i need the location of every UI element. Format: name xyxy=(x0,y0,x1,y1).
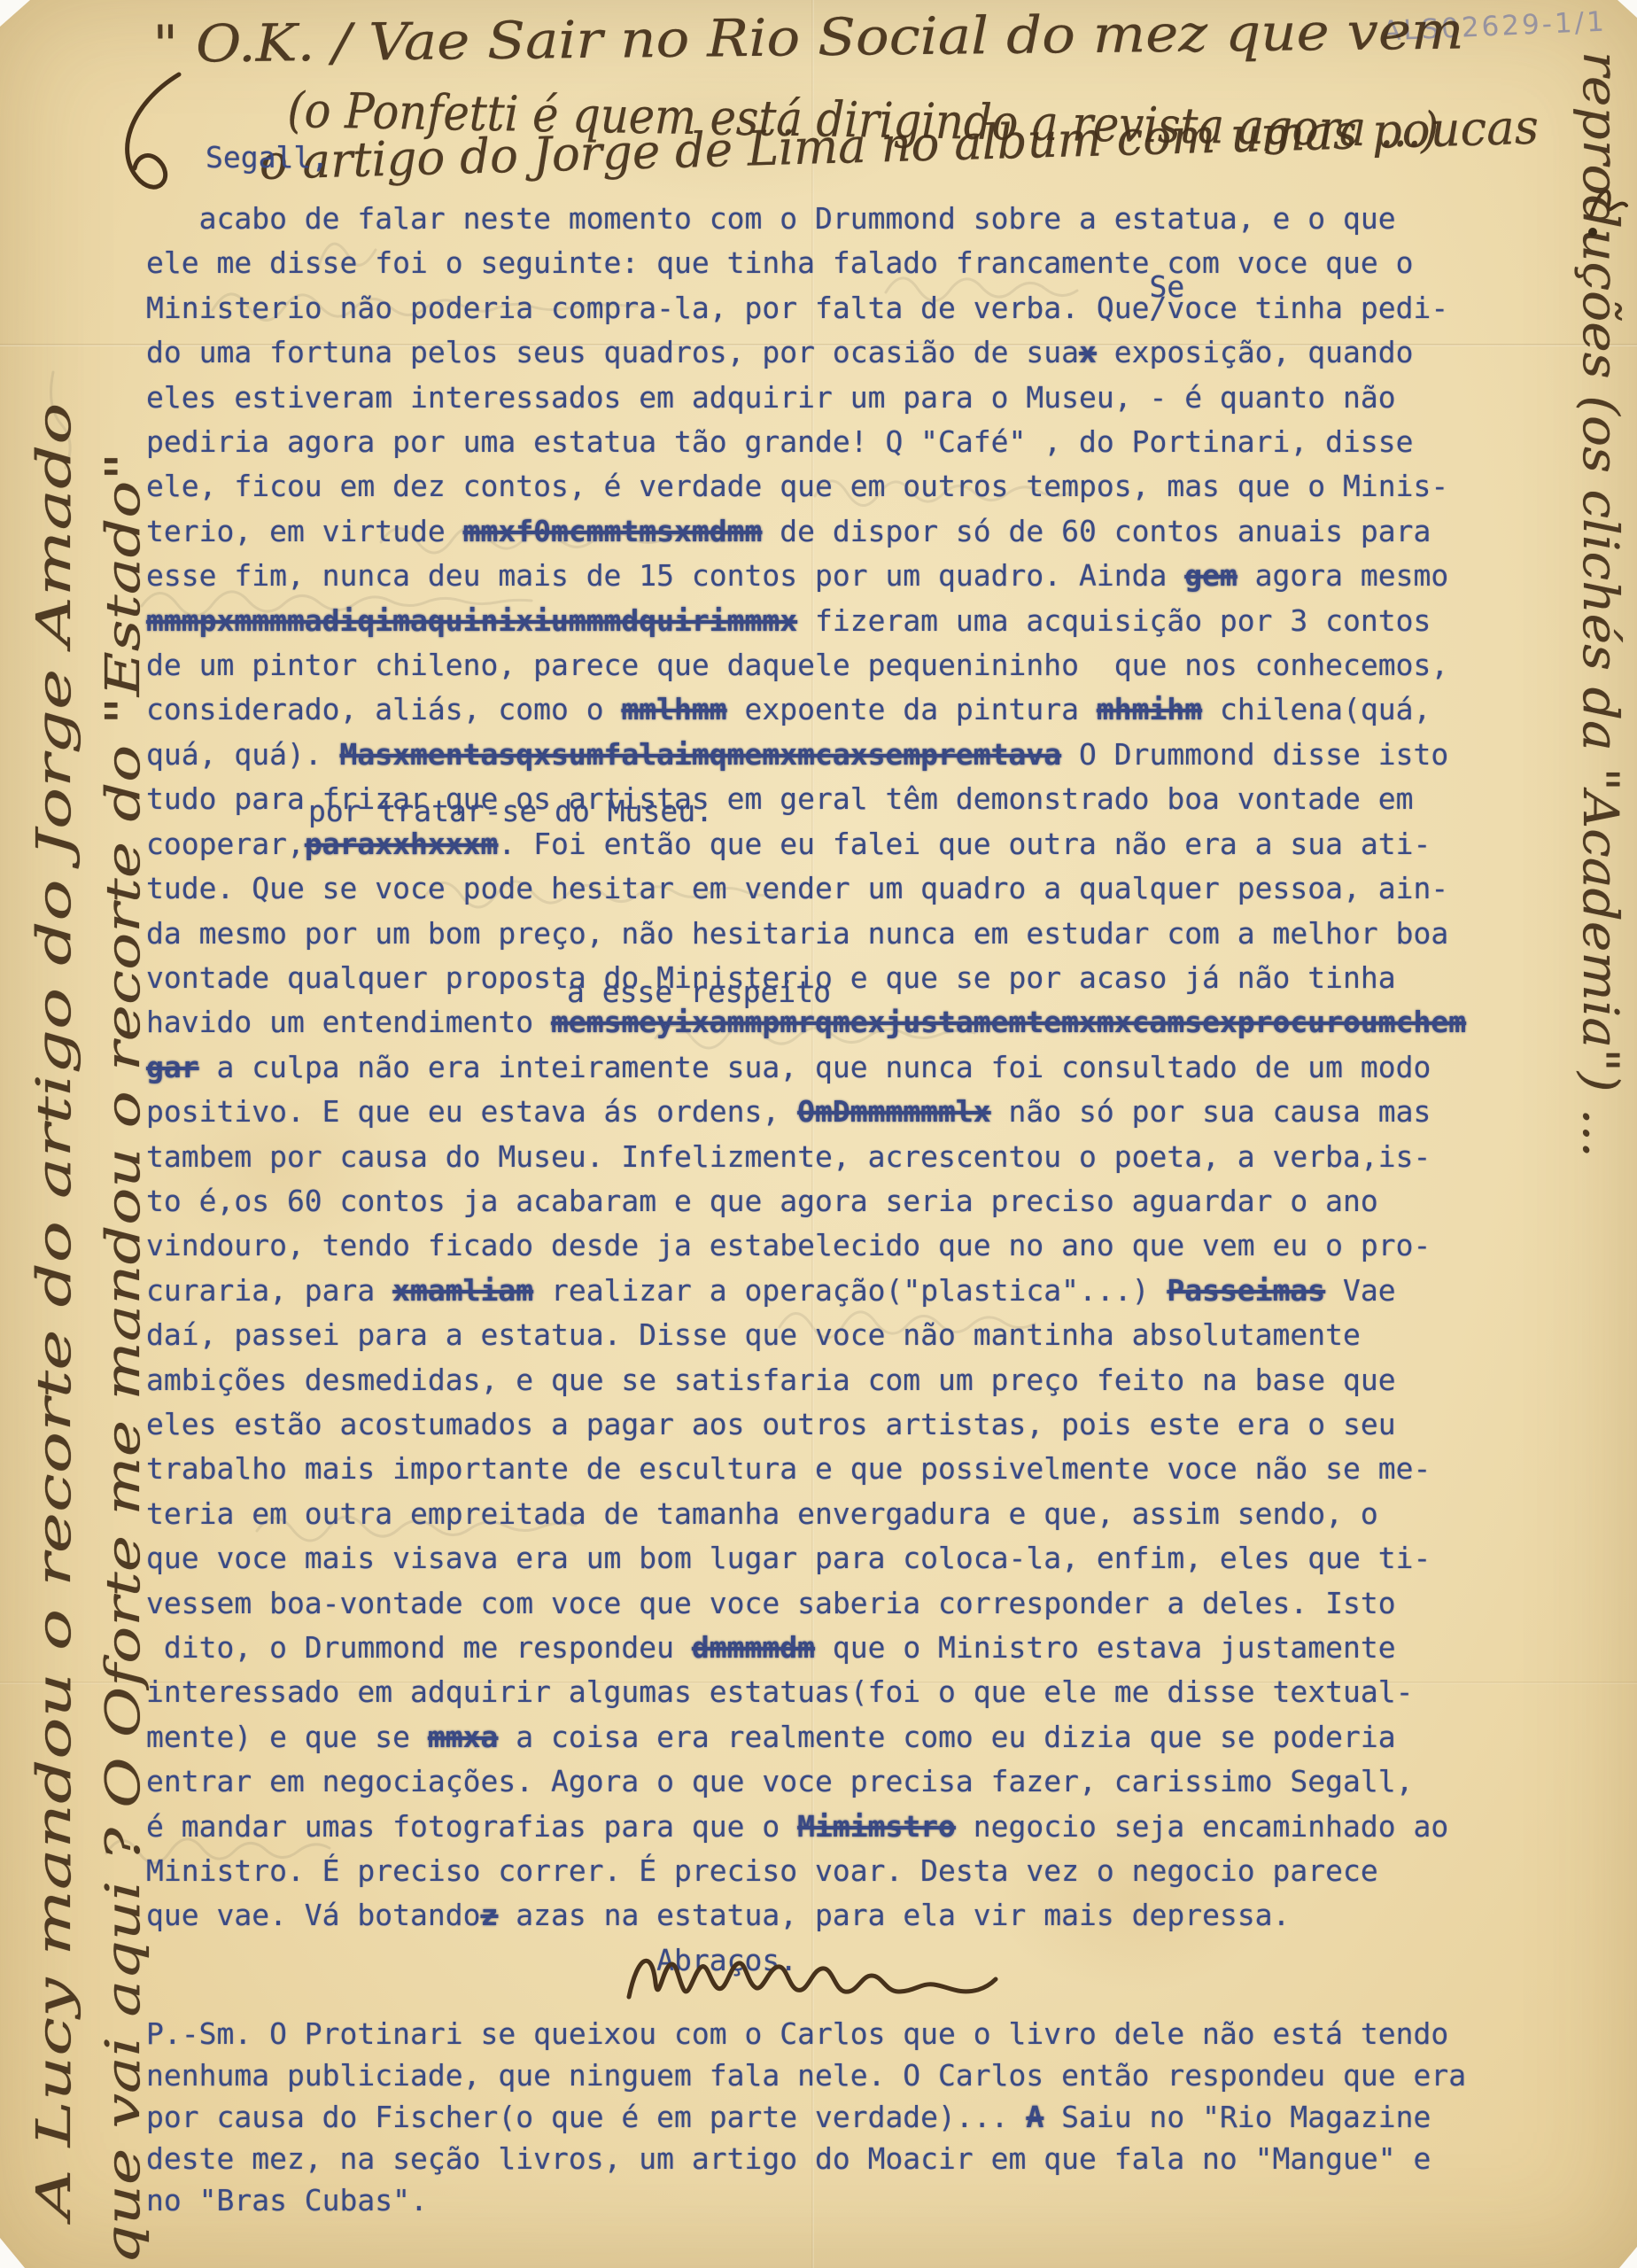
typed-line: de um pintor chileno, parece que daquele… xyxy=(146,643,1466,687)
typed-line: eles estiveram interessados em adquirir … xyxy=(146,376,1466,420)
typed-line: gar a culpa não era inteiramente sua, qu… xyxy=(146,1045,1466,1090)
typed-line: que vae. Vá botandoz azas na estatua, pa… xyxy=(146,1893,1466,1938)
typed-line: interessado em adquirir algumas estatuas… xyxy=(146,1670,1466,1714)
typed-line: Ministerio não poderia compra-la, por fa… xyxy=(146,286,1466,330)
typed-line: no "Bras Cubas". xyxy=(146,2179,1466,2221)
typed-line: to é,os 60 contos ja acabaram e que agor… xyxy=(146,1179,1466,1223)
typed-line: do uma fortuna pelos seus quadros, por o… xyxy=(146,330,1466,375)
handwritten-note-left-margin-outer: A Lucy mandou o recorte do artigo do Jor… xyxy=(27,403,83,2219)
typed-line: Ministro. É preciso correr. É preciso vo… xyxy=(146,1849,1466,1893)
scan-corner xyxy=(0,2238,25,2268)
typed-line: entrar em negociações. Agora o que voce … xyxy=(146,1759,1466,1804)
typed-line: curaria, para xmamliam realizar a operaç… xyxy=(146,1269,1466,1313)
interlinear-insertion: por tratar-se do Museu. xyxy=(308,794,713,828)
typed-line: quá, quá). Masxmentasqxsumfalaimqmemxmca… xyxy=(146,733,1466,777)
typed-line: cooperar,paraxxhxxxm. Foi então que eu f… xyxy=(146,822,1466,866)
typed-line: mmmpxmmmmadiqimaquinixiummmdquirimmmx fi… xyxy=(146,599,1466,643)
typed-line: vindouro, tendo ficado desde ja estabele… xyxy=(146,1223,1466,1268)
typed-line: nenhuma publiciade, que ninguem fala nel… xyxy=(146,2054,1466,2096)
typed-line: daí, passei para a estatua. Disse que vo… xyxy=(146,1313,1466,1357)
typed-line: mente) e que se mmxa a coisa era realmen… xyxy=(146,1715,1466,1759)
scan-corner xyxy=(1619,2247,1637,2268)
typed-line: considerado, aliás, como o mmlhmm expoen… xyxy=(146,687,1466,732)
typed-line: acabo de falar neste momento com o Drumm… xyxy=(146,197,1466,241)
typed-line: ele me disse foi o seguinte: que tinha f… xyxy=(146,241,1466,285)
typed-line: deste mez, na seção livros, um artigo do… xyxy=(146,2138,1466,2179)
typed-line: ele, ficou em dez contos, é verdade que … xyxy=(146,464,1466,509)
typed-line: tude. Que se voce pode hesitar em vender… xyxy=(146,866,1466,911)
handwritten-note-right-margin: reproduções (os clichés da "Academia") .… xyxy=(1572,51,1628,1158)
typed-line: tambem por causa do Museu. Infelizmente,… xyxy=(146,1135,1466,1179)
typed-line: vessem boa-vontade com voce que voce sab… xyxy=(146,1581,1466,1626)
handwritten-note-top-1: " O.K. / Vae Sair no Rio Social do mez q… xyxy=(152,1,1464,74)
salutation: Segall, xyxy=(206,140,329,175)
typed-line: teria em outra empreitada de tamanha env… xyxy=(146,1492,1466,1536)
typed-line: positivo. E que eu estava ás ordens, OmD… xyxy=(146,1090,1466,1134)
typed-line: esse fim, nunca deu mais de 15 contos po… xyxy=(146,554,1466,598)
letter-body: acabo de falar neste momento com o Drumm… xyxy=(146,197,1466,1983)
typed-line: por causa do Fischer(o que é em parte ve… xyxy=(146,2096,1466,2138)
scan-corner xyxy=(1618,0,1637,18)
ps-block: P.-Sm. O Protinari se queixou com o Carl… xyxy=(146,2013,1466,2221)
typed-line: P.-Sm. O Protinari se queixou com o Carl… xyxy=(146,2013,1466,2054)
typed-line: terio, em virtude mmxf0mcmmtmsxmdmm de d… xyxy=(146,509,1466,554)
typed-line: que voce mais visava era um bom lugar pa… xyxy=(146,1536,1466,1581)
interlinear-insertion: a esse respeito xyxy=(567,975,831,1009)
typed-line: ambições desmedidas, e que se satisfaria… xyxy=(146,1358,1466,1402)
typed-line: trabalho mais importante de escultura e … xyxy=(146,1447,1466,1491)
handwritten-note-left-margin-inner: que vai aqui ? O Oforte me mandou o reco… xyxy=(96,452,152,2264)
ink-flourish xyxy=(105,69,220,211)
typed-line: eles estão acostumados a pagar aos outro… xyxy=(146,1402,1466,1447)
typed-line: pediria agora por uma estatua tão grande… xyxy=(146,420,1466,464)
scan-corner xyxy=(0,0,30,27)
typed-line: da mesmo por um bom preço, não hesitaria… xyxy=(146,912,1466,956)
typed-line: dito, o Drummond me respondeu dmmmmdm qu… xyxy=(146,1626,1466,1670)
typed-line: é mandar umas fotografias para que o Mim… xyxy=(146,1805,1466,1849)
letter-page: ALS02629-1/1 " O.K. / Vae Sair no Rio So… xyxy=(0,0,1637,2268)
typed-line: Abraços. xyxy=(146,1938,1466,1983)
